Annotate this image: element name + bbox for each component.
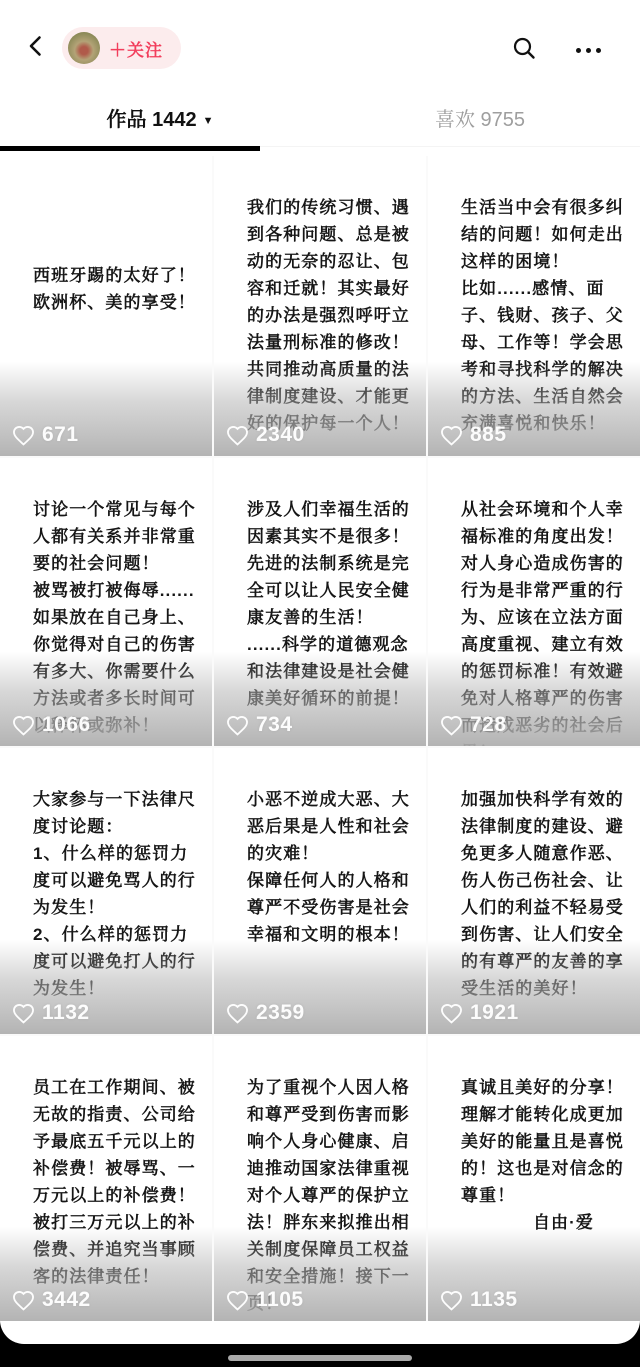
like-number: 728 (470, 713, 507, 737)
like-count: 3442 (12, 1288, 91, 1312)
like-count: 671 (12, 423, 79, 447)
post-text: 西班牙踢的太好了！ 欧洲杯、美的享受！ (0, 262, 212, 350)
app-card: ＋关注 作品 1442▼ 喜欢 9755 西班牙踢的太好了！ 欧洲杯、美的享受！ (0, 0, 640, 1344)
like-count: 1066 (12, 713, 91, 737)
top-bar: ＋关注 (0, 0, 640, 96)
like-number: 2359 (256, 1001, 305, 1025)
heart-icon (12, 1290, 35, 1311)
post-card[interactable]: 我们的传统习惯、遇到各种问题、总是被动的无奈的忍让、包容和迁就！其实最好的办法是… (214, 156, 426, 456)
like-count: 734 (226, 713, 293, 737)
active-tab-indicator (0, 146, 260, 151)
like-count: 1105 (226, 1288, 304, 1312)
heart-icon (226, 1003, 249, 1024)
post-text: 讨论一个常见与每个人都有关系并非常重要的社会问题！ 被骂被打被侮辱...... … (0, 458, 212, 739)
more-button[interactable] (564, 30, 612, 70)
heart-icon (226, 425, 249, 446)
post-card[interactable]: 为了重视个人因人格和尊严受到伤害而影响个人身心健康、启迪推动国家法律重视对个人尊… (214, 1036, 426, 1321)
follow-pill[interactable]: ＋关注 (62, 27, 181, 69)
like-count: 1135 (440, 1288, 518, 1312)
heart-icon (440, 1290, 463, 1311)
like-count: 1132 (12, 1001, 90, 1025)
like-number: 3442 (42, 1288, 91, 1312)
heart-icon (12, 1003, 35, 1024)
post-card[interactable]: 真诚且美好的分享！ 理解才能转化成更加美好的能量且是喜悦的！这也是对信念的尊重！… (428, 1036, 640, 1321)
tab-works[interactable]: 作品 1442▼ (0, 96, 320, 146)
heart-icon (226, 715, 249, 736)
heart-icon (226, 1290, 249, 1311)
home-indicator[interactable] (228, 1355, 412, 1361)
like-number: 1066 (42, 713, 91, 737)
post-text: 加强加快科学有效的法律制度的建设、避免更多人随意作恶、伤人伤己伤社会、让人们的利… (428, 748, 640, 1002)
post-text: 我们的传统习惯、遇到各种问题、总是被动的无奈的忍让、包容和迁就！其实最好的办法是… (214, 156, 426, 437)
tab-likes-label: 喜欢 9755 (435, 109, 525, 131)
heart-icon (440, 1003, 463, 1024)
like-number: 1921 (470, 1001, 519, 1025)
post-card[interactable]: 大家参与一下法律尺度讨论题： 1、什么样的惩罚力度可以避免骂人的行为发生！ 2、… (0, 748, 212, 1034)
like-number: 1135 (470, 1288, 518, 1312)
like-number: 734 (256, 713, 293, 737)
like-number: 885 (470, 423, 507, 447)
post-card[interactable]: 员工在工作期间、被无故的指责、公司给予最底五千元以上的补偿费！被辱骂、一万元以上… (0, 1036, 212, 1321)
post-card[interactable]: 讨论一个常见与每个人都有关系并非常重要的社会问题！ 被骂被打被侮辱...... … (0, 458, 212, 746)
post-text: 从社会环境和个人幸福标准的角度出发！对人身心造成伤害的行为是非常严重的行为、应该… (428, 458, 640, 746)
like-number: 2340 (256, 423, 305, 447)
like-count: 1921 (440, 1001, 519, 1025)
tab-bar: 作品 1442▼ 喜欢 9755 (0, 96, 640, 147)
post-text: 为了重视个人因人格和尊严受到伤害而影响个人身心健康、启迪推动国家法律重视对个人尊… (214, 1036, 426, 1317)
follow-label: ＋关注 (109, 36, 163, 61)
post-text: 真诚且美好的分享！ 理解才能转化成更加美好的能量且是喜悦的！这也是对信念的尊重！ (428, 1036, 640, 1209)
heart-icon (12, 425, 35, 446)
post-card[interactable]: 加强加快科学有效的法律制度的建设、避免更多人随意作恶、伤人伤己伤社会、让人们的利… (428, 748, 640, 1034)
like-number: 1132 (42, 1001, 90, 1025)
post-text: 生活当中会有很多纠结的问题！如何走出这样的困境！ 比如......感情、面子、钱… (428, 156, 640, 437)
heart-icon (12, 715, 35, 736)
post-text: 员工在工作期间、被无故的指责、公司给予最底五千元以上的补偿费！被辱骂、一万元以上… (0, 1036, 212, 1290)
post-text: 涉及人们幸福生活的因素其实不是很多！先进的法制系统是完全可以让人民安全健康友善的… (214, 458, 426, 712)
avatar (68, 32, 100, 64)
signature: 自由·爱 (428, 1209, 640, 1236)
heart-icon (440, 715, 463, 736)
like-count: 2340 (226, 423, 305, 447)
tab-likes[interactable]: 喜欢 9755 (320, 96, 640, 146)
post-text: 小恶不逆成大恶、大恶后果是人性和社会的灾难！ 保障任何人的人格和尊严不受伤害是社… (214, 748, 426, 948)
post-text: 大家参与一下法律尺度讨论题： 1、什么样的惩罚力度可以避免骂人的行为发生！ 2、… (0, 748, 212, 1002)
tab-works-label: 作品 1442 (107, 109, 197, 131)
chevron-down-icon: ▼ (203, 97, 214, 145)
like-number: 1105 (256, 1288, 304, 1312)
post-card[interactable]: 小恶不逆成大恶、大恶后果是人性和社会的灾难！ 保障任何人的人格和尊严不受伤害是社… (214, 748, 426, 1034)
like-count: 2359 (226, 1001, 305, 1025)
heart-icon (440, 425, 463, 446)
search-icon (511, 35, 537, 66)
like-count: 728 (440, 713, 507, 737)
back-button[interactable] (16, 28, 56, 68)
post-card[interactable]: 从社会环境和个人幸福标准的角度出发！对人身心造成伤害的行为是非常严重的行为、应该… (428, 458, 640, 746)
post-card[interactable]: 涉及人们幸福生活的因素其实不是很多！先进的法制系统是完全可以让人民安全健康友善的… (214, 458, 426, 746)
like-count: 885 (440, 423, 507, 447)
ellipsis-icon (576, 48, 581, 53)
back-chevron-icon (24, 34, 48, 63)
posts-grid: 西班牙踢的太好了！ 欧洲杯、美的享受！ 671 我们的传统习惯、遇到各种问题、总… (0, 156, 640, 1321)
post-card[interactable]: 生活当中会有很多纠结的问题！如何走出这样的困境！ 比如......感情、面子、钱… (428, 156, 640, 456)
search-button[interactable] (504, 30, 544, 70)
like-number: 671 (42, 423, 79, 447)
post-card[interactable]: 西班牙踢的太好了！ 欧洲杯、美的享受！ 671 (0, 156, 212, 456)
